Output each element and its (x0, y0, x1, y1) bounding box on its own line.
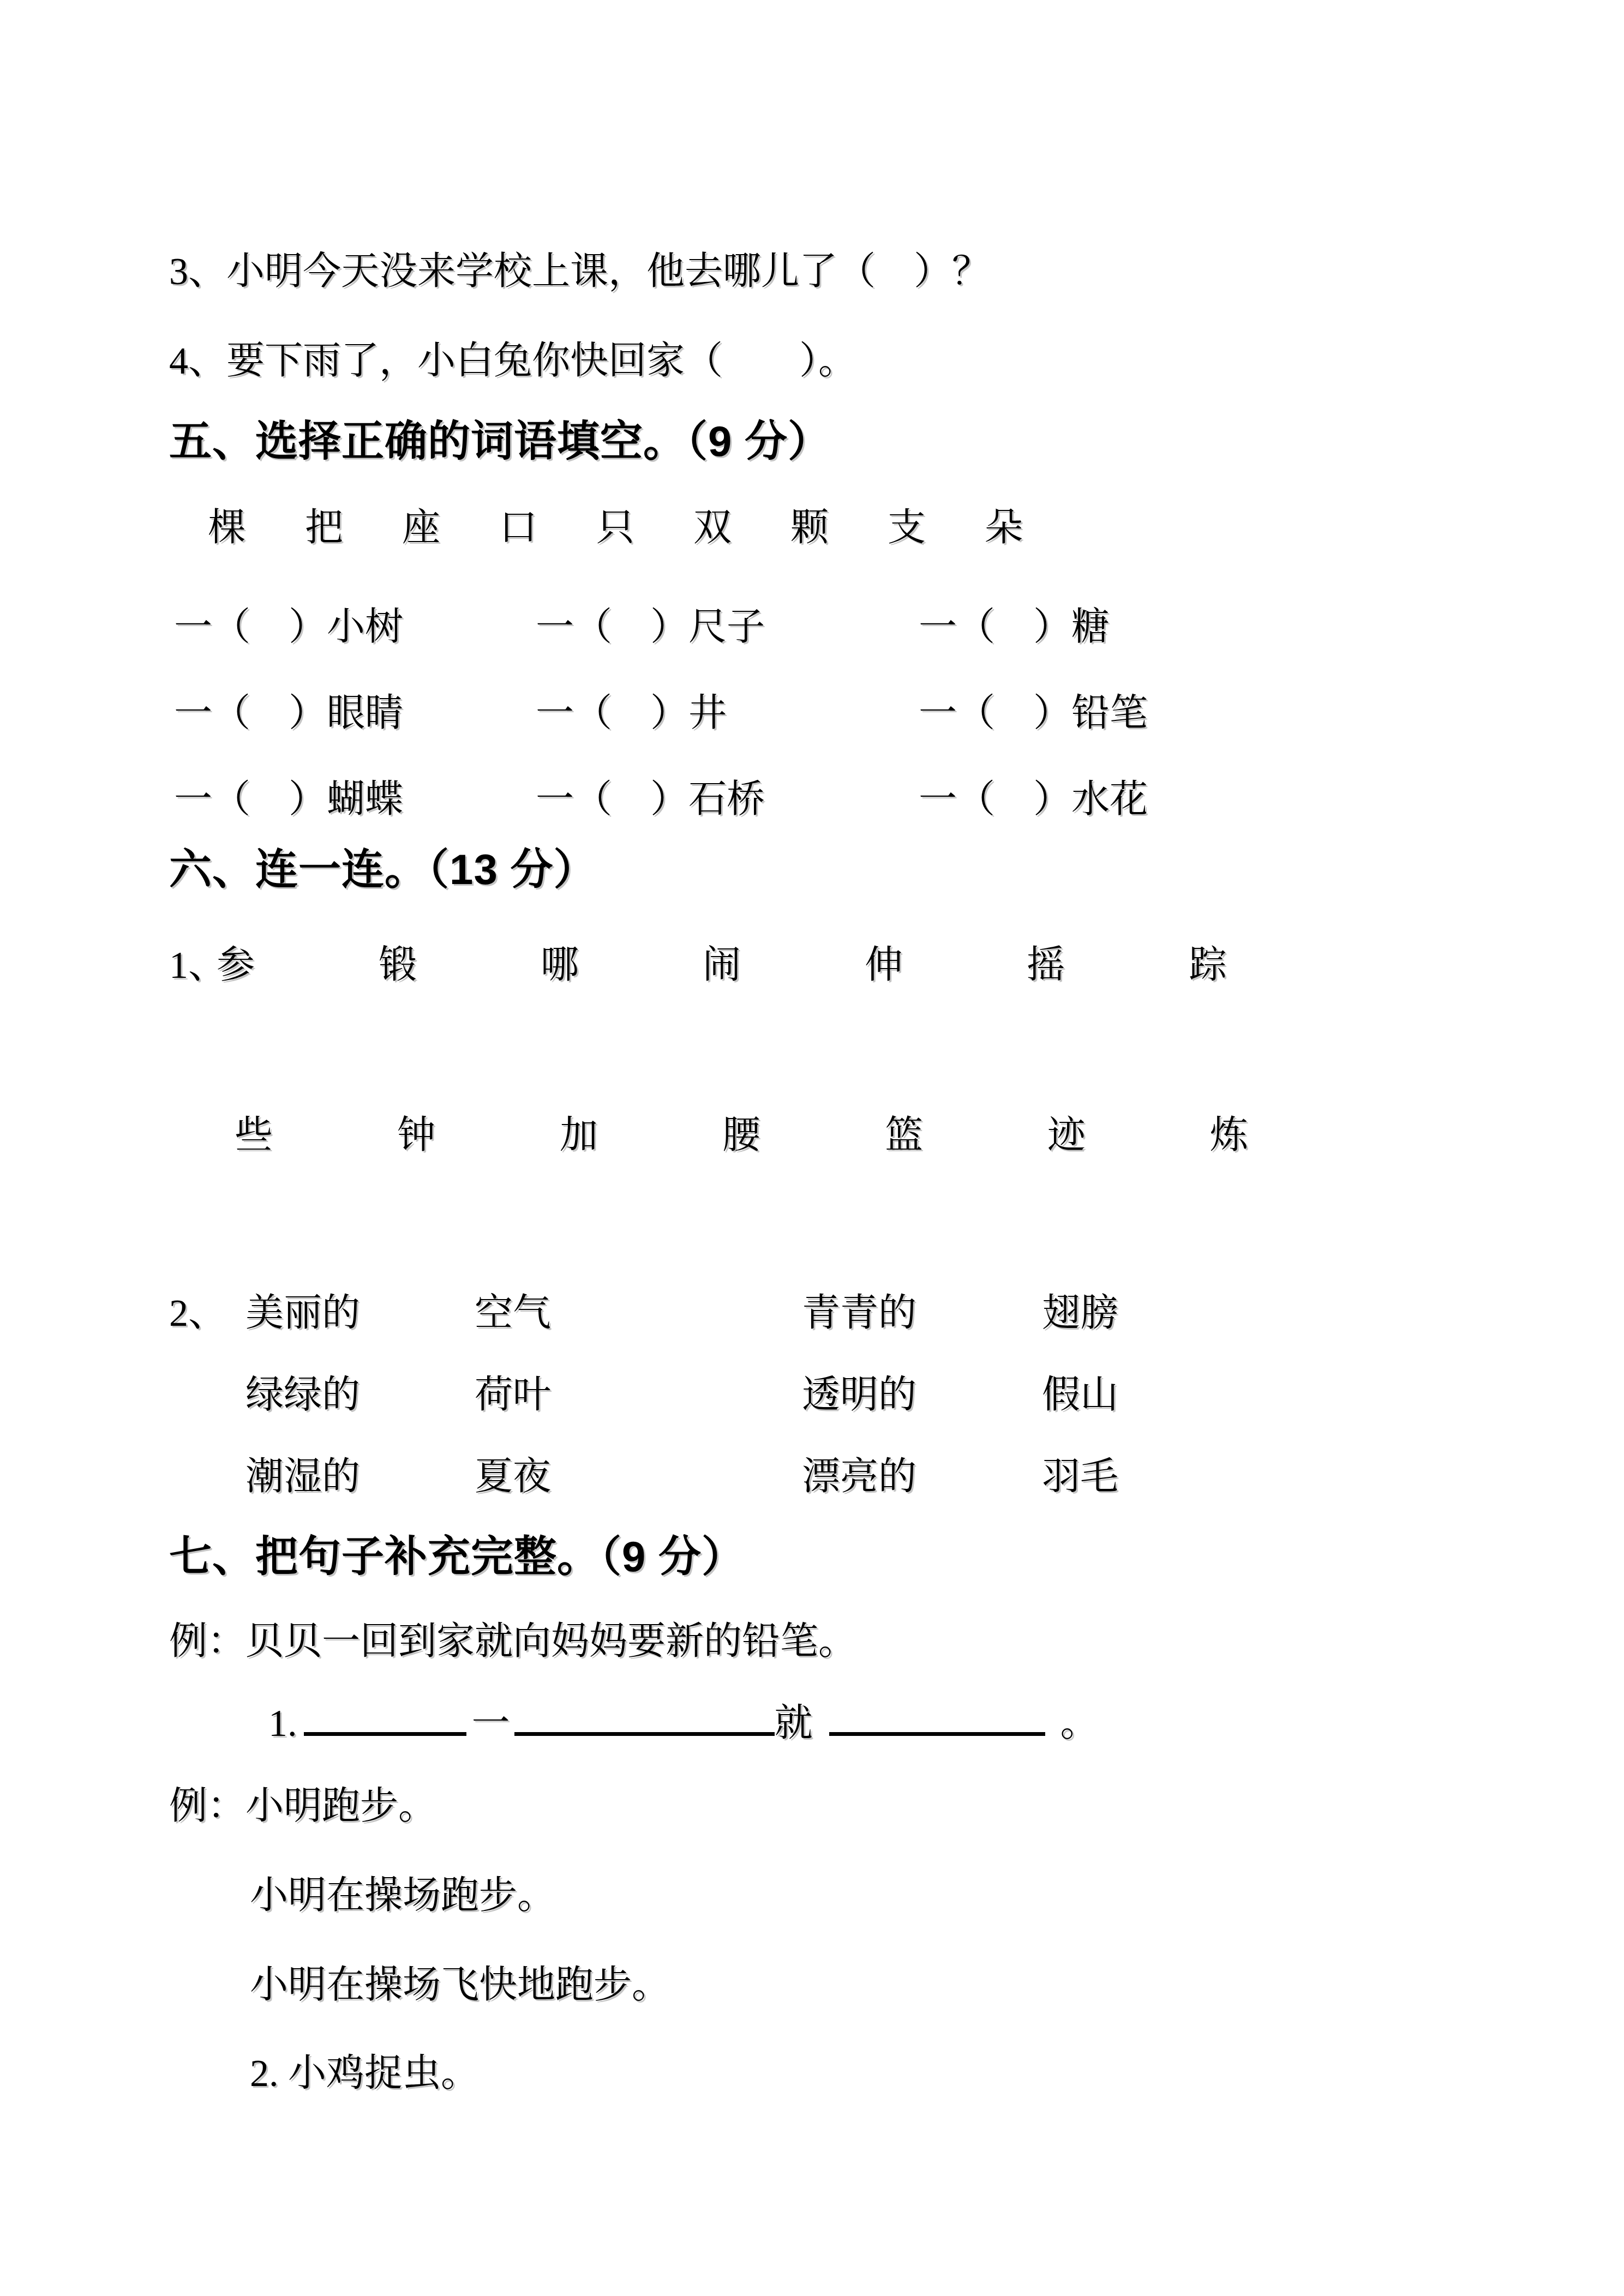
measure-word-item: 一（ ）糖 (919, 606, 1110, 649)
measure-word-item: 一（ ）铅笔 (919, 693, 1148, 735)
word-bank-char: 座 (402, 507, 440, 550)
noun-cell: 荷叶 (475, 1374, 802, 1417)
fill-in-sentence-2: 2. 小鸡捉虫。 (250, 2053, 479, 2095)
measure-word-row: 一（ ）眼睛 一（ ）井 一（ ）铅笔 (174, 693, 1148, 735)
pair-row: 美丽的 空气 青青的 翅膀 (245, 1293, 1118, 1335)
word-bank-char: 双 (693, 507, 732, 550)
noun-cell: 假山 (1042, 1374, 1118, 1417)
pair-row: 绿绿的 荷叶 透明的 假山 (245, 1374, 1118, 1417)
fill-1-number: 1. (268, 1703, 297, 1745)
match-char-bottom: 腰 (722, 1115, 760, 1157)
fill-1-word-yi: 一 (472, 1703, 510, 1745)
measure-word-item: 一（ ）井 (536, 693, 919, 735)
match-char-top: 锻 (379, 945, 417, 987)
measure-word-item: 一（ ）小树 (174, 606, 536, 649)
match-2-label: 2、 (169, 1293, 226, 1335)
measure-word-item: 一（ ）眼睛 (174, 693, 536, 735)
pair-row: 潮湿的 夏夜 漂亮的 羽毛 (245, 1456, 1118, 1499)
noun-cell: 羽毛 (1042, 1456, 1118, 1499)
measure-word-item: 一（ ）水花 (919, 779, 1148, 821)
fill-in-sentence-1: 1. 一 就 。 (268, 1703, 1099, 1745)
adjective-cell: 透明的 (802, 1374, 1042, 1417)
match-char-bottom: 些 (235, 1115, 273, 1157)
match-char-top: 踪 (1189, 945, 1227, 987)
match-char-top: 伸 (865, 945, 903, 987)
noun-cell: 夏夜 (475, 1456, 802, 1499)
example-2-expansion-2: 小明在操场飞快地跑步。 (250, 1964, 670, 2007)
match-char-top: 参 (217, 945, 255, 987)
fill-1-period: 。 (1060, 1703, 1099, 1745)
match-char-bottom: 钟 (397, 1115, 435, 1157)
match-char-top: 闹 (703, 945, 741, 987)
word-bank-char: 只 (596, 507, 634, 550)
blank-underline-2 (514, 1728, 775, 1736)
measure-word-row: 一（ ）蝴蝶 一（ ）石桥 一（ ）水花 (174, 779, 1148, 821)
example-2-expansion-1: 小明在操场跑步。 (250, 1875, 555, 1918)
measure-word-item: 一（ ）蝴蝶 (174, 779, 536, 821)
match-char-top: 哪 (541, 945, 579, 987)
question-3-line: 3、小明今天没来学校上课，他去哪儿了（ ）？ (169, 251, 990, 293)
match-top-row: 参 锻 哪 闹 伸 摇 踪 (217, 945, 1227, 987)
measure-word-item: 一（ ）尺子 (536, 606, 919, 649)
word-bank-char: 颗 (790, 507, 829, 550)
match-char-bottom: 迹 (1047, 1115, 1086, 1157)
adjective-cell: 美丽的 (245, 1293, 475, 1335)
match-bottom-row: 些 钟 加 腰 篮 迹 炼 (235, 1115, 1248, 1157)
word-bank-char: 朵 (985, 507, 1023, 550)
match-char-bottom: 加 (560, 1115, 598, 1157)
word-bank-char: 支 (888, 507, 926, 550)
adjective-cell: 绿绿的 (245, 1374, 475, 1417)
adjective-cell: 潮湿的 (245, 1456, 475, 1499)
measure-word-bank: 棵 把 座 口 只 双 颗 支 朵 (208, 507, 1023, 550)
measure-word-item: 一（ ）石桥 (536, 779, 919, 821)
section-6-heading: 六、连一连。（13 分） (169, 846, 596, 893)
blank-underline-3 (829, 1728, 1045, 1736)
question-4-line: 4、要下雨了，小白兔你快回家（ ）。 (169, 340, 856, 383)
match-char-bottom: 炼 (1210, 1115, 1248, 1157)
example-sentence-1: 例：贝贝一回到家就向妈妈要新的铅笔。 (169, 1621, 856, 1663)
section-5-heading: 五、选择正确的词语填空。（9 分） (169, 418, 831, 465)
fill-1-word-jiu: 就 (775, 1703, 813, 1745)
section-7-heading: 七、把句子补充完整。（9 分） (169, 1533, 745, 1580)
noun-cell: 空气 (475, 1293, 802, 1335)
match-char-bottom: 篮 (885, 1115, 923, 1157)
example-sentence-2: 例：小明跑步。 (169, 1786, 436, 1828)
match-char-top: 摇 (1027, 945, 1065, 987)
adjective-cell: 漂亮的 (802, 1456, 1042, 1499)
word-bank-char: 棵 (208, 507, 246, 550)
measure-word-row: 一（ ）小树 一（ ）尺子 一（ ）糖 (174, 606, 1110, 649)
worksheet-page: 3、小明今天没来学校上课，他去哪儿了（ ）？ 4、要下雨了，小白兔你快回家（ ）… (0, 0, 1624, 2296)
noun-cell: 翅膀 (1042, 1293, 1118, 1335)
blank-underline-1 (304, 1728, 466, 1736)
adjective-cell: 青青的 (802, 1293, 1042, 1335)
word-bank-char: 把 (305, 507, 343, 550)
word-bank-char: 口 (499, 507, 537, 550)
